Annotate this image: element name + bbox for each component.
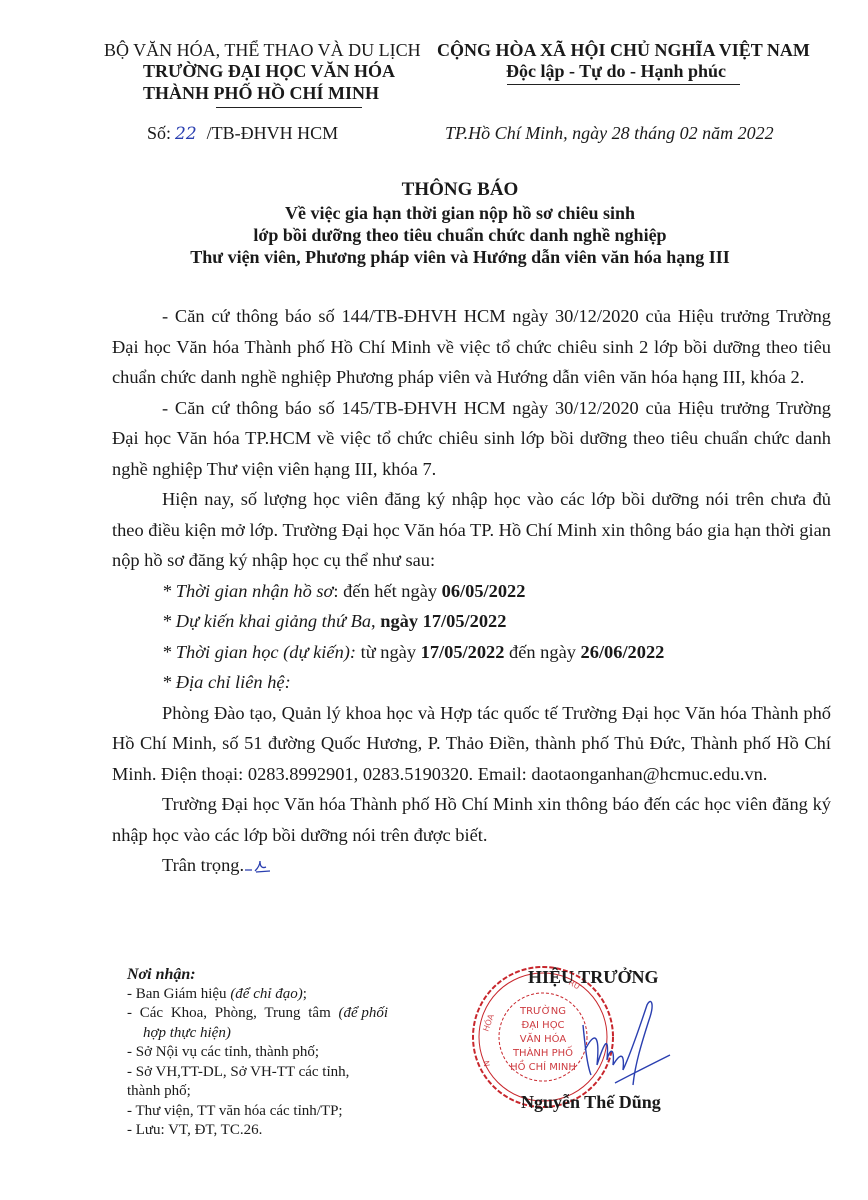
recipient-text: - Ban Giám hiệu	[127, 986, 230, 1002]
school-name-line1: TRƯỜNG ĐẠI HỌC VĂN HÓA	[143, 61, 413, 82]
item-study-period-sep2: đến ngày	[504, 642, 580, 662]
initials-icon	[244, 859, 272, 873]
document-number: Số:22/TB-ĐHVH HCM	[147, 123, 338, 144]
regards: Trân trọng.	[112, 850, 831, 881]
title-main: THÔNG BÁO	[100, 178, 820, 202]
recipient-item: - Ban Giám hiệu (để chỉ đạo);	[127, 985, 388, 1005]
item-opening: * Dự kiến khai giảng thứ Ba, ngày 17/05/…	[112, 606, 831, 637]
recipients-block: Nơi nhận: - Ban Giám hiệu (để chỉ đạo); …	[127, 965, 388, 1141]
svg-text:HÓA: HÓA	[480, 1012, 497, 1033]
recipient-item: thành phố;	[127, 1082, 388, 1102]
svg-text:HỒ CHÍ MINH: HỒ CHÍ MINH	[510, 1059, 576, 1073]
recipient-text: - Các Khoa, Phòng, Trung tâm	[127, 1005, 339, 1021]
title-line-1: Về việc gia hạn thời gian nộp hồ sơ chiê…	[100, 202, 820, 224]
signer-title: HIỆU TRƯỞNG	[528, 967, 659, 988]
closing-paragraph: Trường Đại học Văn hóa Thành phố Hồ Chí …	[112, 789, 831, 850]
recipient-text: - Thư viện, TT văn hóa các tỉnh/TP;	[127, 1103, 343, 1119]
place-date: TP.Hồ Chí Minh, ngày 28 tháng 02 năm 202…	[445, 123, 774, 144]
recipient-item: hợp thực hiện)	[127, 1024, 388, 1044]
svg-text:ĐẠI HỌC: ĐẠI HỌC	[521, 1020, 564, 1031]
item-opening-sep: ,	[371, 611, 380, 631]
recipient-item: - Các Khoa, Phòng, Trung tâm (để phối	[127, 1004, 388, 1024]
recipient-text: thành phố;	[127, 1083, 191, 1099]
item-study-start: 17/05/2022	[421, 642, 505, 662]
title-line-2: lớp bồi dưỡng theo tiêu chuẩn chức danh …	[100, 224, 820, 246]
header-left-underline	[216, 107, 362, 108]
document-number-label: Số:	[147, 123, 171, 143]
regards-text: Trân trọng.	[162, 855, 244, 875]
item-contact: * Địa chỉ liên hệ:	[112, 667, 831, 698]
recipient-item: - Thư viện, TT văn hóa các tỉnh/TP;	[127, 1102, 388, 1122]
recipients-title: Nơi nhận:	[127, 965, 388, 985]
recipient-note: hợp thực hiện)	[143, 1025, 231, 1041]
recipient-note: (để phối	[339, 1005, 389, 1021]
school-name-line2: THÀNH PHỐ HỒ CHÍ MINH	[143, 83, 379, 104]
recipient-item: - Sở VH,TT-DL, Sở VH-TT các tỉnh,	[127, 1063, 388, 1083]
item-study-period: * Thời gian học (dự kiến): từ ngày 17/05…	[112, 637, 831, 668]
item-contact-label: * Địa chỉ liên hệ:	[162, 672, 291, 692]
address-paragraph: Phòng Đào tạo, Quản lý khoa học và Hợp t…	[112, 698, 831, 790]
signer-name: Nguyễn Thế Dũng	[521, 1092, 661, 1113]
recipient-note: (để chỉ đạo)	[230, 986, 302, 1002]
national-motto: Độc lập - Tự do - Hạnh phúc	[506, 61, 726, 82]
intro-paragraph: Hiện nay, số lượng học viên đăng ký nhập…	[112, 484, 831, 576]
basis-paragraph-1: - Căn cứ thông báo số 144/TB-ĐHVH HCM ng…	[112, 301, 831, 393]
item-deadline-sep: : đến hết ngày	[333, 581, 441, 601]
item-study-period-sep: từ ngày	[356, 642, 421, 662]
header-right-underline	[507, 84, 740, 85]
document-number-suffix: /TB-ĐHVH HCM	[207, 123, 339, 143]
item-deadline-date: 06/05/2022	[442, 581, 526, 601]
item-opening-date: ngày 17/05/2022	[380, 611, 506, 631]
svg-text:VĂN HÓA: VĂN HÓA	[520, 1032, 567, 1045]
item-deadline-label: * Thời gian nhận hồ sơ	[162, 581, 333, 601]
recipient-item: - Lưu: VT, ĐT, TC.26.	[127, 1121, 388, 1141]
item-study-period-label: * Thời gian học (dự kiến):	[162, 642, 356, 662]
signature-icon	[575, 995, 675, 1090]
svg-text:THÀNH PHỐ: THÀNH PHỐ	[512, 1045, 573, 1059]
title-line-3: Thư viện viên, Phương pháp viên và Hướng…	[100, 246, 820, 268]
recipient-text: - Sở Nội vụ các tỉnh, thành phố;	[127, 1044, 319, 1060]
ministry-name: BỘ VĂN HÓA, THỂ THAO VÀ DU LỊCH	[104, 40, 421, 61]
svg-text:TRƯỜNG: TRƯỜNG	[519, 1004, 566, 1017]
document-number-handwritten: 22	[175, 124, 197, 144]
recipient-text: - Sở VH,TT-DL, Sở VH-TT các tỉnh,	[127, 1064, 349, 1080]
recipient-text: - Lưu: VT, ĐT, TC.26.	[127, 1122, 262, 1138]
item-study-end: 26/06/2022	[581, 642, 665, 662]
document-title: THÔNG BÁO Về việc gia hạn thời gian nộp …	[100, 178, 820, 268]
item-opening-label: * Dự kiến khai giảng thứ Ba	[162, 611, 371, 631]
recipient-end: ;	[303, 986, 307, 1002]
basis-paragraph-2: - Căn cứ thông báo số 145/TB-ĐHVH HCM ng…	[112, 393, 831, 485]
recipient-item: - Sở Nội vụ các tỉnh, thành phố;	[127, 1043, 388, 1063]
nation-name: CỘNG HÒA XÃ HỘI CHỦ NGHĨA VIỆT NAM	[437, 40, 810, 61]
document-body: - Căn cứ thông báo số 144/TB-ĐHVH HCM ng…	[112, 301, 831, 881]
item-deadline: * Thời gian nhận hồ sơ: đến hết ngày 06/…	[112, 576, 831, 607]
